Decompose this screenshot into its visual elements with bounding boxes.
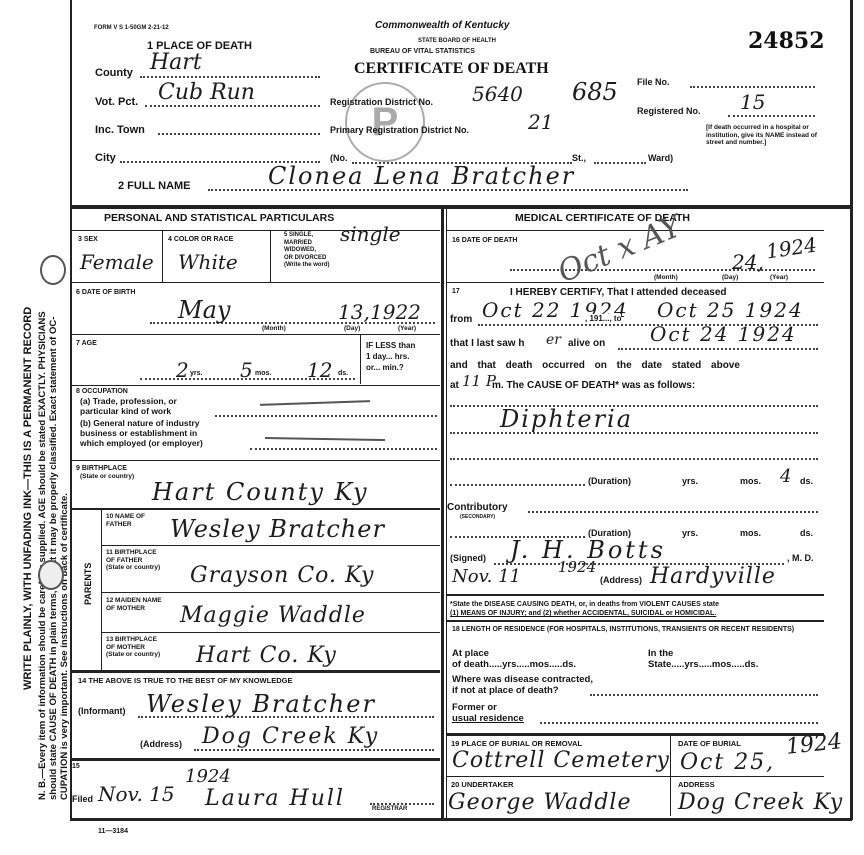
duration-yrs: yrs. (682, 476, 698, 486)
occupation-a-label: (a) Trade, profession, orparticular kind… (80, 396, 177, 416)
sex-label: 3 SEX (78, 236, 98, 244)
burial-date-label: DATE OF BURIAL (678, 739, 741, 748)
dob-year: 1922 (370, 300, 421, 324)
race-value: White (178, 250, 238, 274)
marital-value: single (340, 222, 401, 246)
at-label: at (450, 380, 459, 391)
duration-days-value: 4 (780, 466, 791, 487)
permanent-record-notice: WRITE PLAINLY, WITH UNFADING INK—THIS IS… (22, 307, 34, 690)
registration-district-value: 5640 (472, 82, 523, 106)
filing-number: 15 (72, 763, 80, 771)
full-name-value: Clonea Lena Bratcher (268, 162, 575, 190)
registered-no-label: Registered No. (637, 106, 701, 116)
vot-pct-label: Vot. Pct. (95, 96, 138, 108)
day-caption: (Day) (344, 325, 360, 332)
ward-label: Ward) (648, 153, 673, 163)
father-birthplace-value: Grayson Co. Ky (190, 563, 374, 588)
date-of-death-year: 1924 (765, 233, 819, 264)
contrib-duration-mos: mos. (740, 528, 761, 538)
vot-pct-value: Cub Run (158, 80, 255, 105)
secondary-label: (SECONDARY) (460, 514, 495, 520)
form-number: FORM V S 1-50GM 2-21-12 (94, 24, 169, 32)
punch-hole-top (40, 255, 66, 285)
instruction-note-1: N. B.—Every item of information should b… (37, 311, 48, 800)
last-saw-label: that I last saw h (450, 338, 524, 349)
certify-statement: I HEREBY CERTIFY, That I attended deceas… (510, 287, 727, 298)
from-label: from (450, 314, 472, 325)
punch-hole-bottom (38, 560, 64, 590)
marital-label: 5 SINGLE,MARRIEDWIDOWED,OR DIVORCED(Writ… (284, 232, 330, 270)
signed-label: (Signed) (450, 553, 486, 563)
race-label: 4 COLOR OR RACE (168, 236, 233, 244)
primary-district-value: 21 (528, 110, 553, 134)
registration-extra-number: 685 (572, 78, 618, 106)
burial-place-label: 19 PLACE OF BURIAL OR REMOVAL (451, 739, 582, 748)
commonwealth-label: Commonwealth of Kentucky (375, 20, 509, 31)
time-of-death: 11 P (462, 372, 496, 390)
primary-district-label: Primary Registration District No. (330, 125, 469, 135)
father-name-value: Wesley Bratcher (170, 515, 385, 543)
age-days: 12 (307, 358, 332, 382)
mother-birthplace-label: 13 BIRTHPLACEOF MOTHER(State or country) (106, 636, 160, 659)
certificate-title: CERTIFICATE OF DEATH (354, 60, 549, 78)
inc-town-label: Inc. Town (95, 124, 145, 136)
residence-at-place: At placeof death.....yrs.....mos.....ds. (452, 648, 576, 670)
registered-no-value: 15 (740, 90, 765, 114)
physician-address-value: Hardyville (650, 564, 776, 589)
last-saw-pronoun: er (546, 332, 561, 348)
less-than-day-label: IF LESS than1 day... hrs.or... min.? (366, 340, 415, 373)
month-caption: (Month) (262, 325, 286, 332)
yrs-caption: yrs. (190, 370, 202, 378)
county-label: County (95, 67, 133, 79)
physician-address-label: (Address) (600, 575, 642, 585)
dod-month-caption: (Month) (654, 274, 678, 281)
burial-date-value: Oct 25, (680, 750, 775, 775)
contrib-duration-yrs: yrs. (682, 528, 698, 538)
filed-year: 1924 (185, 766, 231, 787)
birthplace-value: Hart County Ky (152, 478, 369, 506)
registrar-signature: Laura Hull (205, 786, 345, 811)
city-label: City (95, 152, 116, 164)
duration-ds: ds. (800, 476, 813, 486)
former-residence-label: Former orusual residence (452, 702, 524, 724)
date-of-death-day: 24, (732, 250, 764, 274)
instruction-note-3: CUPATION is very important. See instruct… (59, 493, 70, 800)
dob-day: 13, (338, 300, 370, 324)
occupation-b-dash (265, 437, 385, 441)
personal-heading: PERSONAL AND STATISTICAL PARTICULARS (104, 212, 334, 224)
mother-birthplace-value: Hart Co. Ky (196, 643, 337, 668)
dod-day-caption: (Day) (722, 274, 738, 281)
certificate-number: 24852 (748, 28, 825, 54)
informant-label: (Informant) (78, 706, 126, 716)
filed-date: Nov. 15 (98, 782, 175, 806)
occurred-statement: and that death occurred on the date stat… (450, 360, 740, 371)
county-value: Hart (150, 50, 202, 75)
bureau-label: BUREAU OF VITAL STATISTICS (370, 48, 475, 56)
age-years: 2 (176, 358, 189, 382)
contributory-label: Contributory (447, 502, 508, 513)
burial-place-value: Cottrell Cemetery (452, 748, 670, 773)
cause-of-death-value: Diphteria (500, 405, 633, 433)
informant-value: Wesley Bratcher (146, 690, 376, 718)
residence-in-state: In theState.....yrs.....mos.....ds. (648, 648, 758, 670)
to-label: , 191..., to (585, 314, 621, 323)
date-of-death-label: 16 DATE OF DEATH (452, 237, 517, 245)
alive-on-date: Oct 24 1924 (650, 322, 797, 346)
mother-maiden-name-label: 12 MAIDEN NAMEOF MOTHER (106, 597, 162, 612)
birthplace-label: 9 BIRTHPLACE (76, 465, 127, 472)
signature-year: 1924 (558, 558, 596, 576)
sex-value: Female (80, 250, 154, 274)
contrib-duration-ds: ds. (800, 528, 813, 538)
board-label: STATE BOARD OF HEALTH (418, 37, 496, 45)
dob-month: May (178, 296, 230, 324)
signature-date: Nov. 11 (452, 566, 521, 587)
instruction-note-2: should state CAUSE OF DEATH in plain ter… (48, 317, 59, 800)
footer-code: 11—3184 (98, 828, 128, 835)
cause-footnote: *State the DISEASE CAUSING DEATH, or, in… (450, 600, 719, 618)
duration-mos: mos. (740, 476, 761, 486)
burial-year-value: 1924 (785, 729, 843, 760)
full-name-label: 2 FULL NAME (118, 180, 191, 192)
ds-caption: ds. (338, 370, 348, 378)
certify-number: 17 (452, 288, 460, 296)
informant-address-value: Dog Creek Ky (202, 724, 379, 749)
mother-maiden-name-value: Maggie Waddle (180, 603, 366, 628)
alive-on-label: alive on (568, 338, 605, 349)
true-statement-label: 14 THE ABOVE IS TRUE TO THE BEST OF MY K… (78, 676, 292, 685)
dod-year-caption: (Year) (770, 274, 788, 281)
hospital-note: [If death occurred in a hospital or inst… (706, 124, 818, 147)
parents-side-label: PARENTS (83, 563, 93, 605)
undertaker-address-label: ADDRESS (678, 780, 715, 789)
registry-stamp: P (345, 82, 425, 162)
occupation-a-dash (260, 400, 370, 406)
undertaker-address-value: Dog Creek Ky (678, 790, 843, 815)
dob-label: 6 DATE OF BIRTH (76, 289, 135, 297)
occupation-label: 8 OCCUPATION (76, 388, 128, 395)
file-no-label: File No. (637, 77, 670, 87)
age-months: 5 (240, 358, 253, 382)
attended-to-date: Oct 25 1924 (657, 298, 804, 322)
father-name-label: 10 NAME OFFATHER (106, 513, 145, 528)
undertaker-label: 20 UNDERTAKER (451, 780, 513, 789)
occupation-b-label: (b) General nature of industrybusiness o… (80, 418, 203, 448)
mos-caption: mos. (255, 370, 271, 378)
birthplace-sublabel: (State or country) (80, 473, 134, 480)
cause-statement: m. The CAUSE OF DEATH* was as follows: (492, 380, 695, 391)
year-caption: (Year) (398, 325, 416, 332)
registration-district-label: Registration District No. (330, 97, 433, 107)
filed-label: Filed (72, 794, 93, 804)
duration-label: (Duration) (588, 476, 631, 486)
undertaker-value: George Waddle (448, 790, 632, 815)
informant-address-label: (Address) (140, 739, 182, 749)
disease-contracted-label: Where was disease contracted,if not at p… (452, 674, 593, 696)
age-label: 7 AGE (76, 340, 97, 348)
md-label: , M. D. (787, 553, 814, 563)
registrar-label: REGISTRAR (372, 806, 407, 812)
residence-label: 18 LENGTH OF RESIDENCE (FOR HOSPITALS, I… (452, 625, 820, 634)
father-birthplace-label: 11 BIRTHPLACEOF FATHER(State or country) (106, 549, 160, 572)
